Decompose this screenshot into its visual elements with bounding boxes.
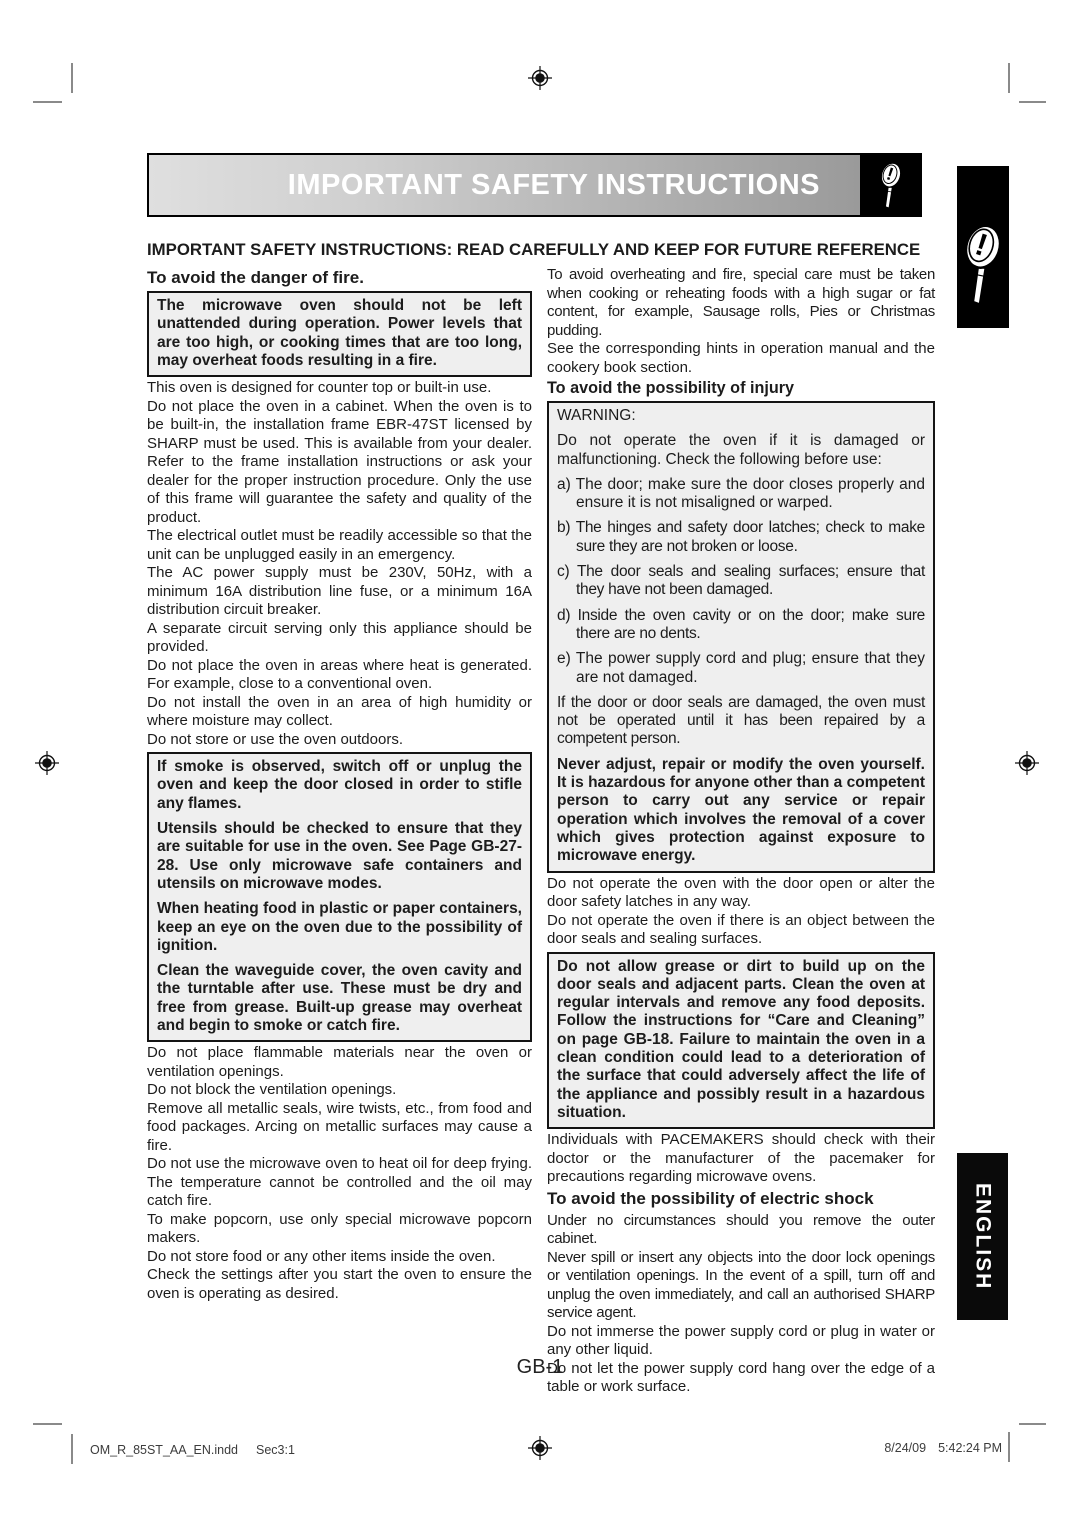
list-item: a) The door; make sure the door closes p… [557, 476, 925, 513]
list-item-label: d) [557, 607, 570, 624]
list-item-label: b) [557, 519, 570, 536]
footer-file-name: OM_R_85ST_AA_EN.indd [90, 1443, 238, 1457]
heading-possibility-of-injury: To avoid the possibility of injury [547, 379, 935, 398]
footer-date: 8/24/09 [884, 1441, 926, 1455]
page-number: GB-1 [0, 1356, 1080, 1379]
paragraph: Never adjust, repair or modify the oven … [557, 756, 925, 866]
footer-time: 5:42:24 PM [938, 1441, 1002, 1455]
paragraph: To make popcorn, use only special microw… [147, 1211, 532, 1248]
paragraph: Do not place the oven in a cabinet. When… [147, 398, 532, 528]
header-banner: IMPORTANT SAFETY INSTRUCTIONS ! [147, 153, 922, 217]
list-item-text: Inside the oven cavity or on the door; m… [576, 607, 925, 642]
warning-box-smoke-utensils: If smoke is observed, switch off or unpl… [147, 752, 532, 1042]
page-title: IMPORTANT SAFETY INSTRUCTIONS [288, 169, 860, 202]
paragraph: Do not place the oven in areas where hea… [147, 657, 532, 694]
paragraph: Do not install the oven in an area of hi… [147, 694, 532, 731]
list-item-label: a) [557, 476, 571, 493]
registration-mark-left [35, 751, 59, 775]
list-item-label: c) [557, 563, 569, 580]
heading-danger-of-fire: To avoid the danger of fire. [147, 268, 532, 288]
paragraph: Do not store or use the oven outdoors. [147, 731, 532, 750]
registration-mark-bottom [528, 1436, 552, 1460]
paragraph: The AC power supply must be 230V, 50Hz, … [147, 564, 532, 620]
paragraph: When heating food in plastic or paper co… [157, 900, 522, 955]
left-column: To avoid the danger of fire. The microwa… [147, 266, 532, 1303]
language-tab-label: ENGLISH [971, 1183, 995, 1290]
paragraph: Individuals with PACEMAKERS should check… [547, 1131, 935, 1187]
paragraph: The electrical outlet must be readily ac… [147, 527, 532, 564]
paragraph: Do not store food or any other items ins… [147, 1248, 532, 1267]
paragraph: If smoke is observed, switch off or unpl… [157, 758, 522, 813]
registration-mark-right [1015, 751, 1039, 775]
side-attention-tab: ! [957, 166, 1009, 328]
crop-mark [33, 1423, 62, 1425]
paragraph: Do not immerse the power supply cord or … [547, 1323, 935, 1360]
paragraph: See the corresponding hints in operation… [547, 340, 935, 377]
header-gradient: IMPORTANT SAFETY INSTRUCTIONS [149, 155, 860, 215]
footer-section: Sec3:1 [256, 1443, 295, 1457]
list-item-text: The hinges and safety door latches; chec… [576, 519, 925, 554]
manual-page: IMPORTANT SAFETY INSTRUCTIONS ! [0, 0, 1080, 1527]
footer-file-info: OM_R_85ST_AA_EN.inddSec3:1 [90, 1443, 295, 1457]
list-item-text: The door; make sure the door closes prop… [576, 476, 925, 511]
paragraph: Check the settings after you start the o… [147, 1266, 532, 1303]
document-title: IMPORTANT SAFETY INSTRUCTIONS: READ CARE… [147, 240, 933, 260]
list-item: b) The hinges and safety door latches; c… [557, 519, 925, 556]
language-tab: ENGLISH [957, 1153, 1008, 1320]
crop-mark [33, 101, 62, 103]
paragraph: If the door or door seals are damaged, t… [557, 694, 925, 749]
paragraph: Remove all metallic seals, wire twists, … [147, 1100, 532, 1156]
paragraph: A separate circuit serving only this app… [147, 620, 532, 657]
list-item-text: The door seals and sealing surfaces; ens… [576, 563, 925, 598]
crop-mark [1019, 101, 1046, 103]
paragraph: Do not allow grease or dirt to build up … [557, 958, 925, 1123]
paragraph: Do not place flammable materials near th… [147, 1044, 532, 1081]
paragraph: Do not operate the oven with the door op… [547, 875, 935, 912]
paragraph: The microwave oven should not be left un… [157, 297, 522, 370]
list-item: c) The door seals and sealing surfaces; … [557, 563, 925, 600]
magnifier-exclamation-icon: ! [960, 218, 1006, 315]
crop-mark [1008, 63, 1010, 93]
warning-box-damaged-oven: WARNING: Do not operate the oven if it i… [547, 401, 935, 873]
crop-mark [1008, 1432, 1010, 1462]
warning-label: WARNING: [557, 407, 925, 425]
paragraph: Do not operate the oven if there is an o… [547, 912, 935, 949]
paragraph: Do not operate the oven if it is damaged… [557, 432, 925, 469]
paragraph: Under no circumstances should you remove… [547, 1212, 935, 1249]
paragraph: Do not use the microwave oven to heat oi… [147, 1155, 532, 1211]
paragraph: To avoid overheating and fire, special c… [547, 266, 935, 340]
list-item-text: The power supply cord and plug; ensure t… [576, 650, 925, 685]
paragraph: Utensils should be checked to ensure tha… [157, 820, 522, 893]
paragraph: Never spill or insert any objects into t… [547, 1249, 935, 1323]
heading-electric-shock: To avoid the possibility of electric sho… [547, 1189, 935, 1209]
crop-mark [71, 1434, 73, 1464]
warning-box-grease: Do not allow grease or dirt to build up … [547, 952, 935, 1130]
list-item: d) Inside the oven cavity or on the door… [557, 607, 925, 644]
paragraph: This oven is designed for counter top or… [147, 379, 532, 398]
warning-box-unattended: The microwave oven should not be left un… [147, 291, 532, 377]
list-item: e) The power supply cord and plug; ensur… [557, 650, 925, 687]
paragraph: Do not block the ventilation openings. [147, 1081, 532, 1100]
registration-mark-top [528, 66, 552, 90]
paragraph: Clean the waveguide cover, the oven cavi… [157, 962, 522, 1035]
crop-mark [1019, 1423, 1046, 1425]
magnifier-exclamation-icon: ! [860, 155, 922, 215]
crop-mark [71, 63, 73, 93]
right-column: To avoid overheating and fire, special c… [547, 266, 935, 1397]
footer-timestamp: 8/24/095:42:24 PM [700, 1441, 1002, 1455]
list-item-label: e) [557, 650, 571, 667]
